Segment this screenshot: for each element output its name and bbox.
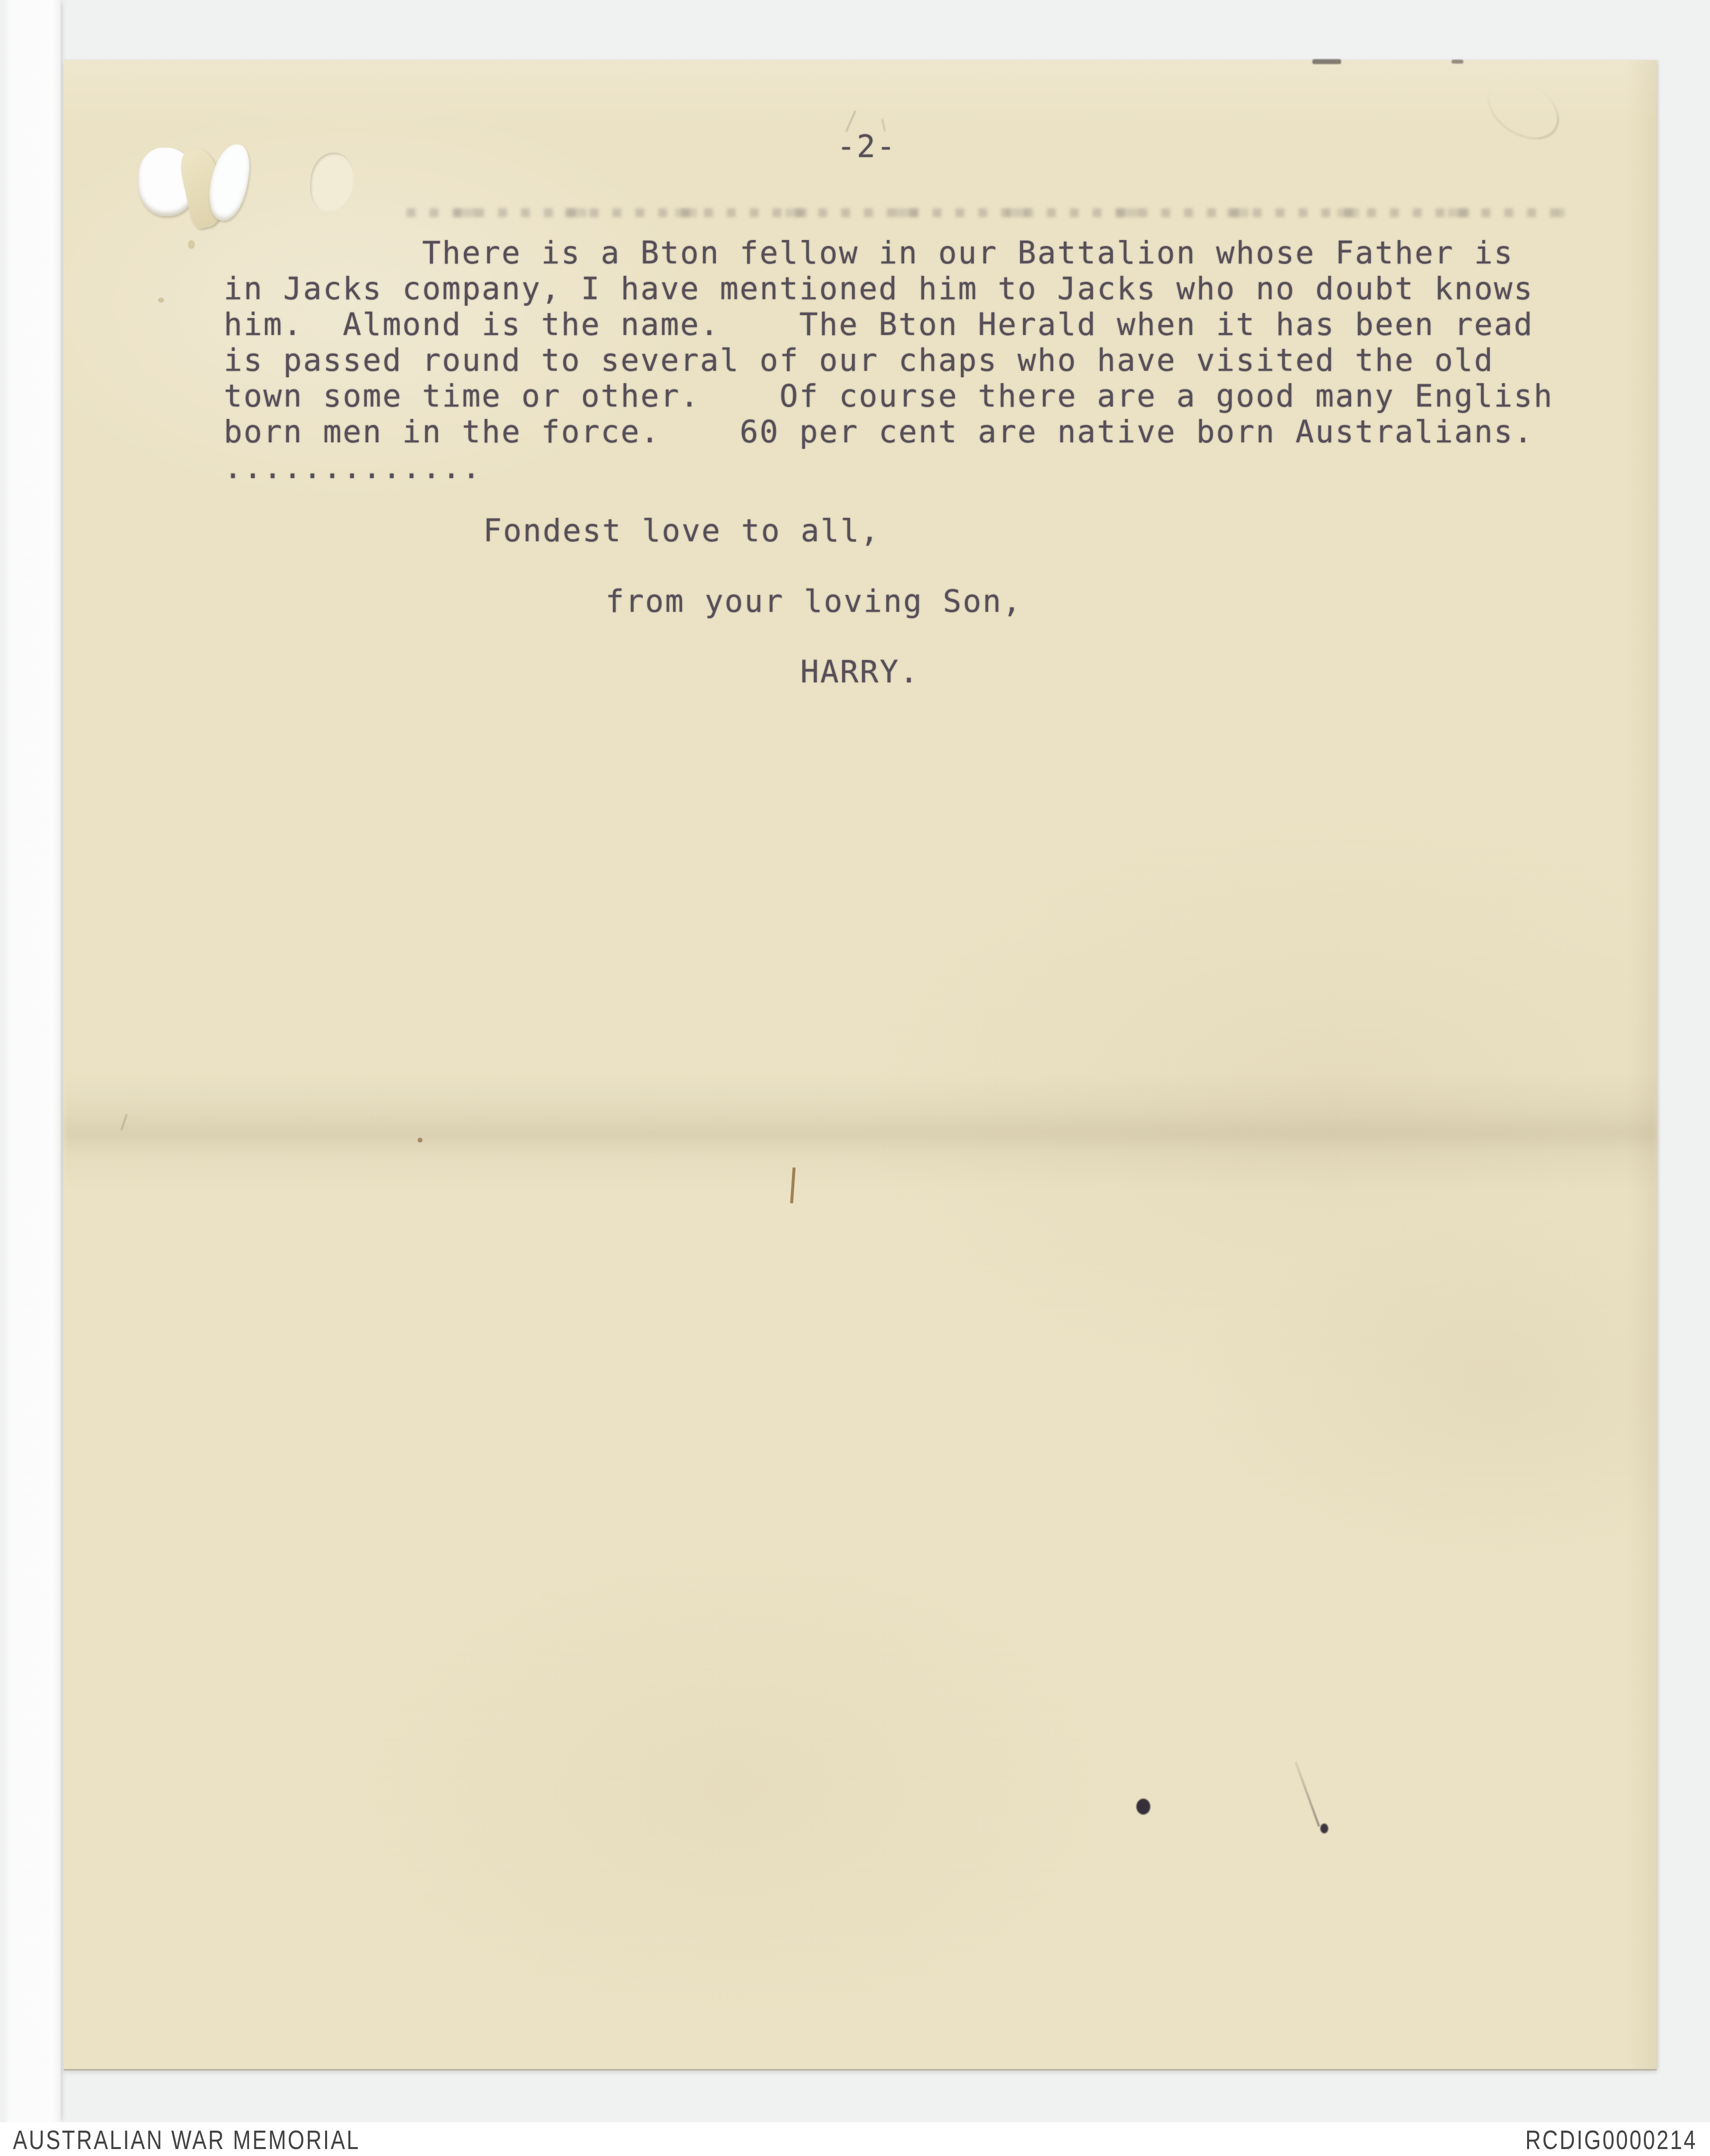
ink-scratch	[1295, 1761, 1320, 1826]
paper-speck	[158, 298, 164, 303]
letter-body: There is a Bton fellow in our Battalion …	[224, 235, 1596, 690]
closing-line: Fondest love to all,	[483, 513, 1596, 549]
body-line: in Jacks company, I have mentioned him t…	[224, 271, 1596, 307]
scanned-letter-page: -2- There is a Bton fellow in our Battal…	[0, 0, 1710, 2156]
ink-blot	[1136, 1799, 1150, 1815]
faded-erased-line	[407, 208, 1565, 217]
catalogue-id: RCDIG0000214	[1525, 2122, 1697, 2156]
paper-speck	[188, 240, 195, 249]
closing-line: from your loving Son,	[605, 583, 1596, 619]
ink-mark-top-edge	[1452, 60, 1463, 64]
fold-crease	[64, 1074, 1657, 1188]
scan-background-strip	[3, 0, 61, 2122]
page-number: -2-	[64, 129, 1657, 165]
signature: HARRY.	[800, 654, 1596, 690]
institution-label: AUSTRALIAN WAR MEMORIAL	[13, 2122, 360, 2156]
body-line: town some time or other. Of course there…	[224, 378, 1596, 414]
body-line: is passed round to several of our chaps …	[224, 342, 1596, 378]
ink-mark-top-edge	[1312, 59, 1341, 64]
ellipsis-line: .............	[224, 450, 1596, 486]
ink-scratch-tip	[1320, 1824, 1328, 1833]
catalogue-footer-bar: AUSTRALIAN WAR MEMORIAL RCDIG0000214	[0, 2122, 1710, 2156]
letter-sheet: -2- There is a Bton fellow in our Battal…	[64, 60, 1657, 2069]
body-line: born men in the force. 60 per cent are n…	[224, 414, 1596, 450]
body-line: him. Almond is the name. The Bton Herald…	[224, 307, 1596, 342]
body-line: There is a Bton fellow in our Battalion …	[224, 235, 1596, 271]
